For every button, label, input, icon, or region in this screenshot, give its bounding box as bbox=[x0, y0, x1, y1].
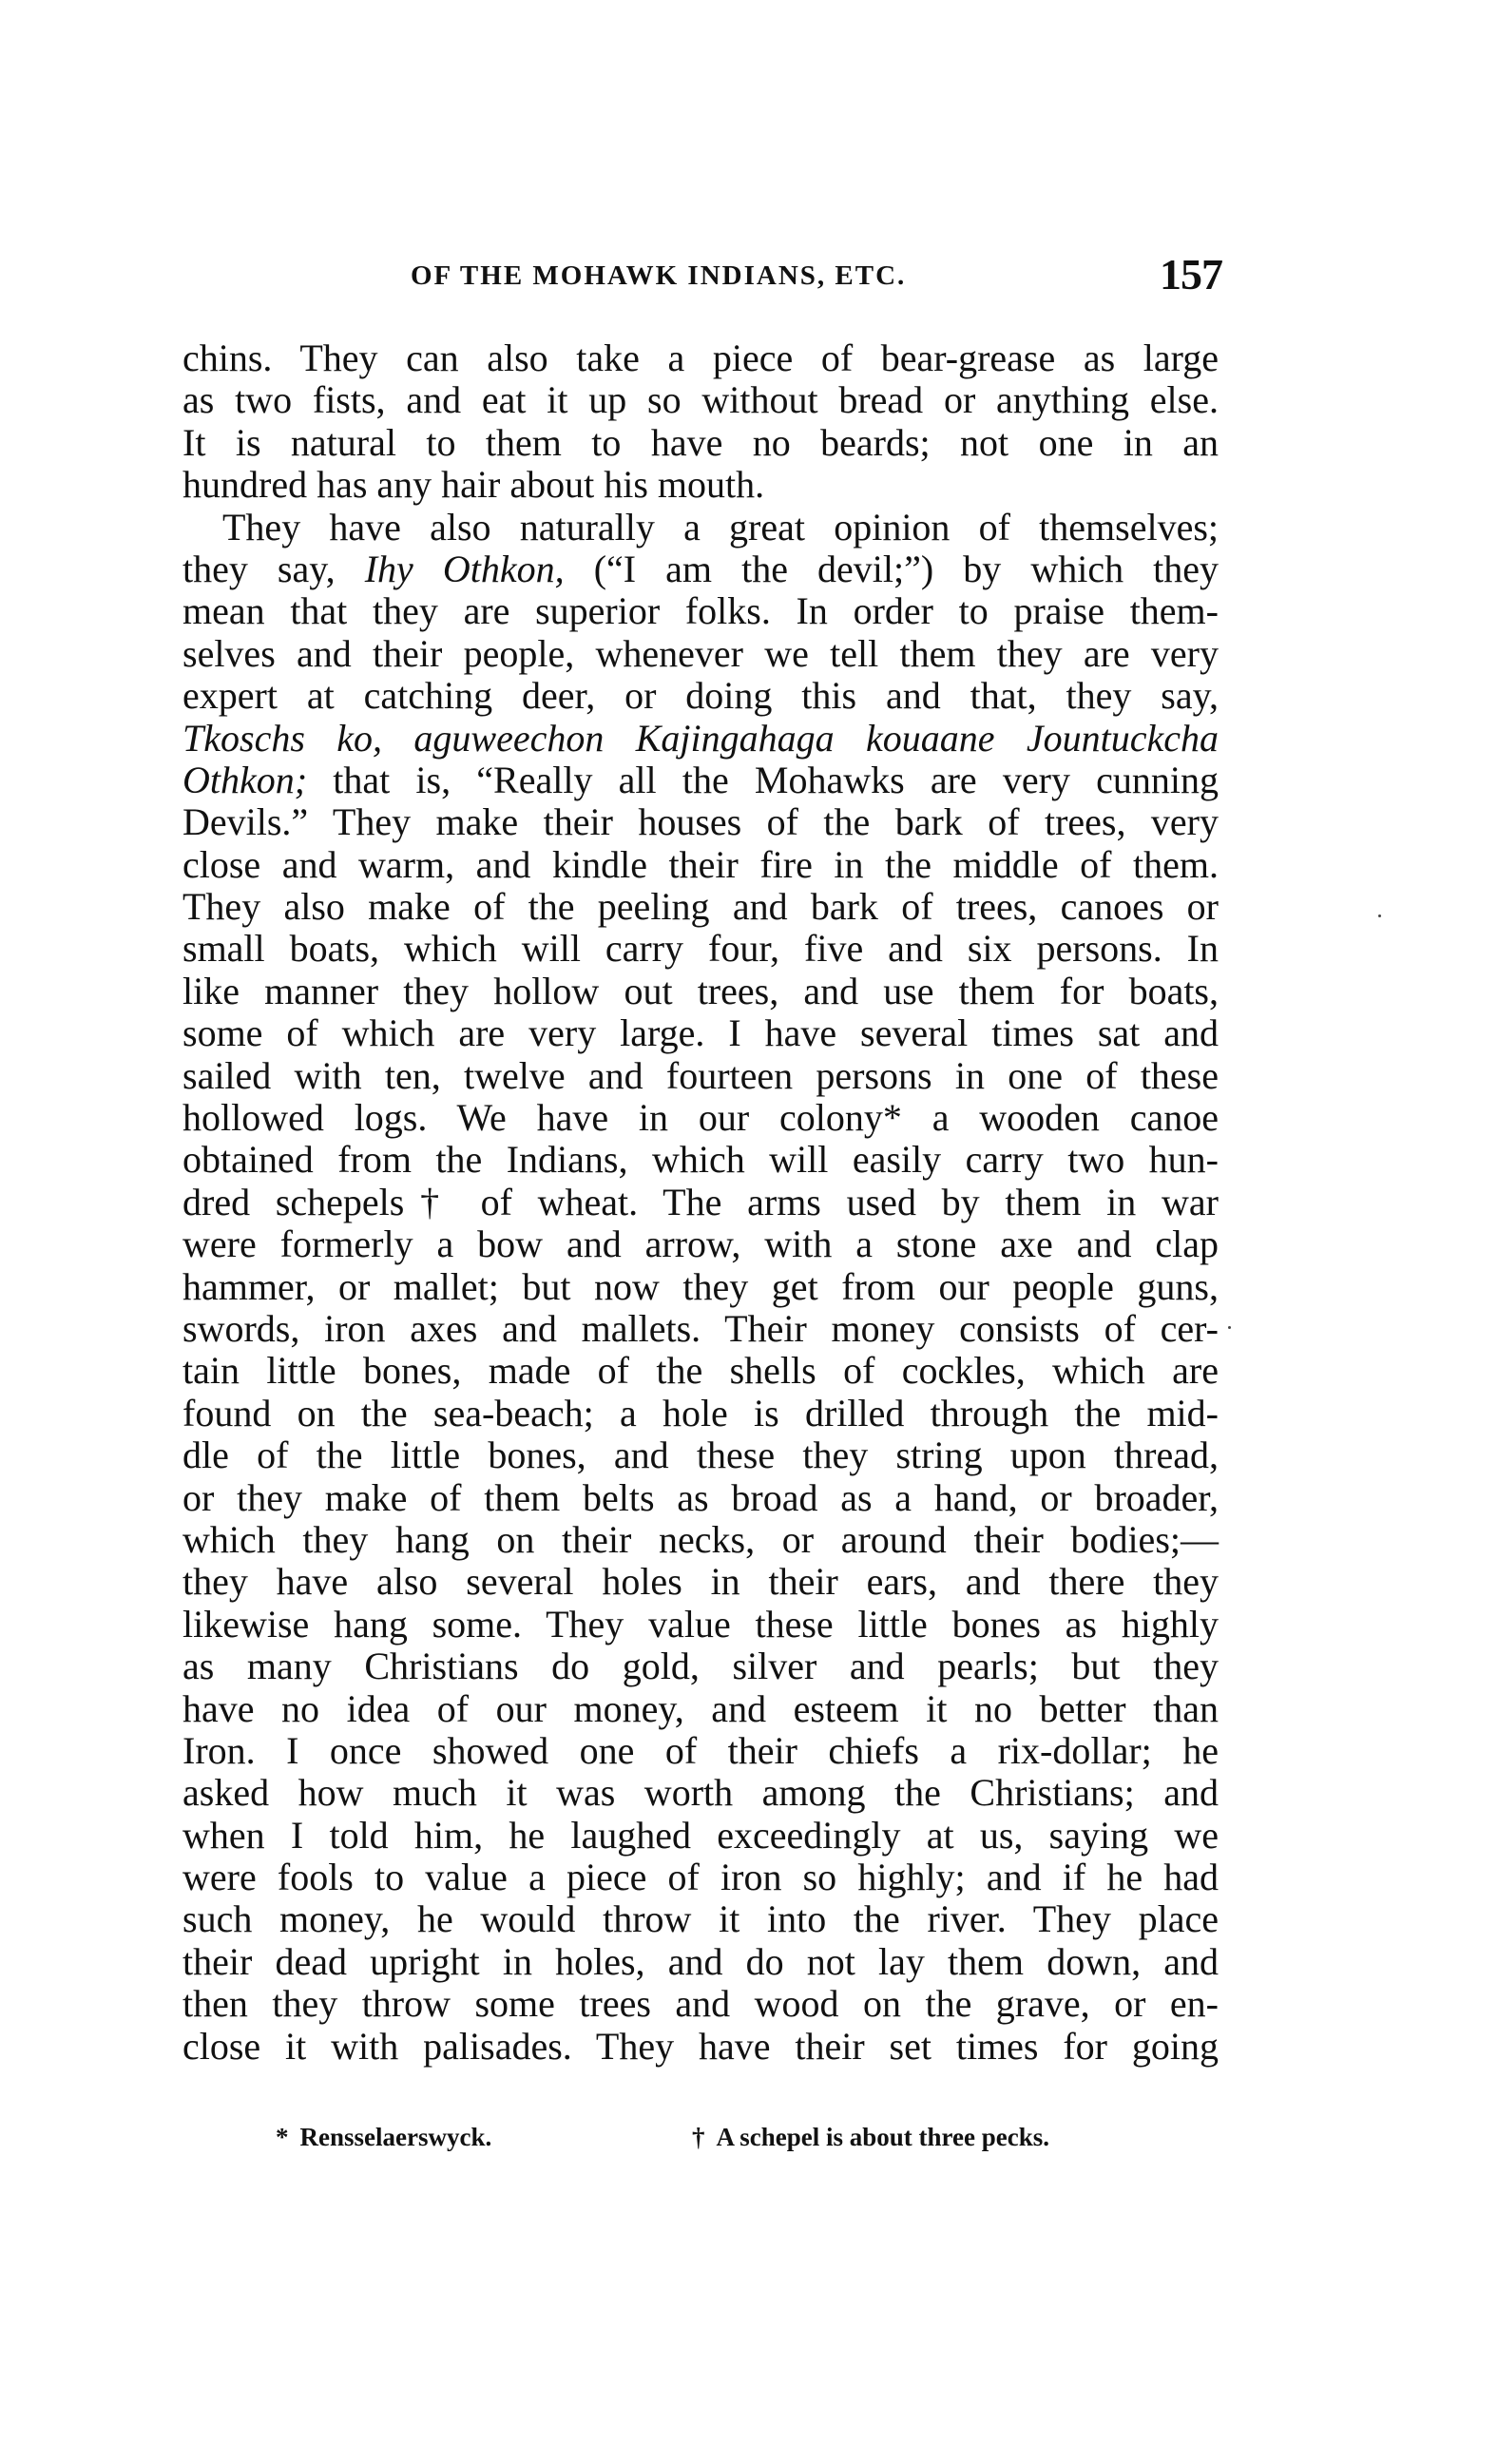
text-span: that is, “Really all the Mohawks are ver… bbox=[307, 759, 1219, 801]
page-number: 157 bbox=[1156, 251, 1222, 298]
text-line: It is natural to them to have no beards;… bbox=[182, 422, 1219, 464]
text-line: they say, Ihy Othkon, (“I am the devil;”… bbox=[182, 549, 1219, 590]
scan-speck bbox=[1378, 914, 1381, 917]
running-header-title: OF THE MOHAWK INDIANS, ETC. bbox=[411, 259, 876, 293]
text-line: dred schepels† of wheat. The arms used b… bbox=[182, 1182, 1219, 1223]
text-line: they have also several holes in their ea… bbox=[182, 1561, 1219, 1603]
italic-text: Othkon; bbox=[182, 759, 307, 801]
text-line: hammer, or mallet; but now they get from… bbox=[182, 1266, 1219, 1308]
dagger-mark: † bbox=[692, 2123, 705, 2151]
footnote-text: Rensselaerswyck. bbox=[300, 2123, 492, 2151]
text-line: chins. They can also take a piece of bea… bbox=[182, 337, 1219, 379]
text-line: Iron. I once showed one of their chiefs … bbox=[182, 1730, 1219, 1772]
text-line: likewise hang some. They value these lit… bbox=[182, 1604, 1219, 1646]
text-line: were fools to value a piece of iron so h… bbox=[182, 1857, 1219, 1898]
text-line-paragraph-end: hundred has any hair about his mouth. bbox=[182, 464, 1219, 506]
footnotes: *Rensselaerswyck. †A schepel is about th… bbox=[0, 2120, 1498, 2158]
text-line: their dead upright in holes, and do not … bbox=[182, 1941, 1219, 1983]
text-line: asked how much it was worth among the Ch… bbox=[182, 1772, 1219, 1814]
text-line: which they hang on their necks, or aroun… bbox=[182, 1519, 1219, 1561]
text-line: close and warm, and kindle their fire in… bbox=[182, 844, 1219, 886]
text-line: obtained from the Indians, which will ea… bbox=[182, 1139, 1219, 1181]
text-line: hollowed logs. We have in our colony* a … bbox=[182, 1097, 1219, 1139]
book-page: OF THE MOHAWK INDIANS, ETC. 157 chins. T… bbox=[0, 0, 1498, 2464]
text-line: They also make of the peeling and bark o… bbox=[182, 886, 1219, 928]
footnote-dagger: †A schepel is about three pecks. bbox=[692, 2120, 1049, 2154]
text-line: dle of the little bones, and these they … bbox=[182, 1434, 1219, 1476]
text-line: Tkoschs ko, aguweechon Kajingahaga kouaa… bbox=[182, 718, 1219, 760]
text-line: when I told him, he laughed exceedingly … bbox=[182, 1815, 1219, 1857]
text-span: (“I am the devil;”) by which they bbox=[565, 548, 1219, 590]
scan-speck bbox=[1228, 1326, 1231, 1329]
text-line: such money, he would throw it into the r… bbox=[182, 1898, 1219, 1940]
italic-text: Ihy Othkon, bbox=[365, 548, 565, 590]
text-line: some of which are very large. I have sev… bbox=[182, 1012, 1219, 1054]
body-text: chins. They can also take a piece of bea… bbox=[182, 337, 1219, 2068]
text-line: as two fists, and eat it up so without b… bbox=[182, 379, 1219, 421]
text-line: small boats, which will carry four, five… bbox=[182, 928, 1219, 970]
text-line: selves and their people, whenever we tel… bbox=[182, 633, 1219, 675]
text-line-paragraph-start: They have also naturally a great opinion… bbox=[182, 507, 1219, 549]
footnote-asterisk: *Rensselaerswyck. bbox=[276, 2120, 491, 2154]
text-line: found on the sea-beach; a hole is drille… bbox=[182, 1393, 1219, 1434]
asterisk-mark: * bbox=[276, 2123, 289, 2151]
text-line: mean that they are superior folks. In or… bbox=[182, 590, 1219, 632]
text-line: have no idea of our money, and esteem it… bbox=[182, 1688, 1219, 1730]
text-line: then they throw some trees and wood on t… bbox=[182, 1983, 1219, 2025]
text-line: close it with palisades. They have their… bbox=[182, 2026, 1219, 2068]
text-line: expert at catching deer, or doing this a… bbox=[182, 675, 1219, 717]
text-line: like manner they hollow out trees, and u… bbox=[182, 971, 1219, 1012]
footnote-text: A schepel is about three pecks. bbox=[717, 2123, 1050, 2151]
text-line: or they make of them belts as broad as a… bbox=[182, 1477, 1219, 1519]
text-span: they say, bbox=[182, 548, 365, 590]
text-line: as many Christians do gold, silver and p… bbox=[182, 1646, 1219, 1687]
text-line: swords, iron axes and mallets. Their mon… bbox=[182, 1308, 1219, 1350]
text-line: Othkon; that is, “Really all the Mohawks… bbox=[182, 760, 1219, 801]
text-line: tain little bones, made of the shells of… bbox=[182, 1350, 1219, 1392]
italic-text: Tkoschs ko, aguweechon Kajingahaga kouaa… bbox=[182, 717, 1219, 760]
text-line: sailed with ten, twelve and fourteen per… bbox=[182, 1055, 1219, 1097]
text-line: Devils.” They make their houses of the b… bbox=[182, 801, 1219, 843]
text-line: were formerly a bow and arrow, with a st… bbox=[182, 1223, 1219, 1265]
